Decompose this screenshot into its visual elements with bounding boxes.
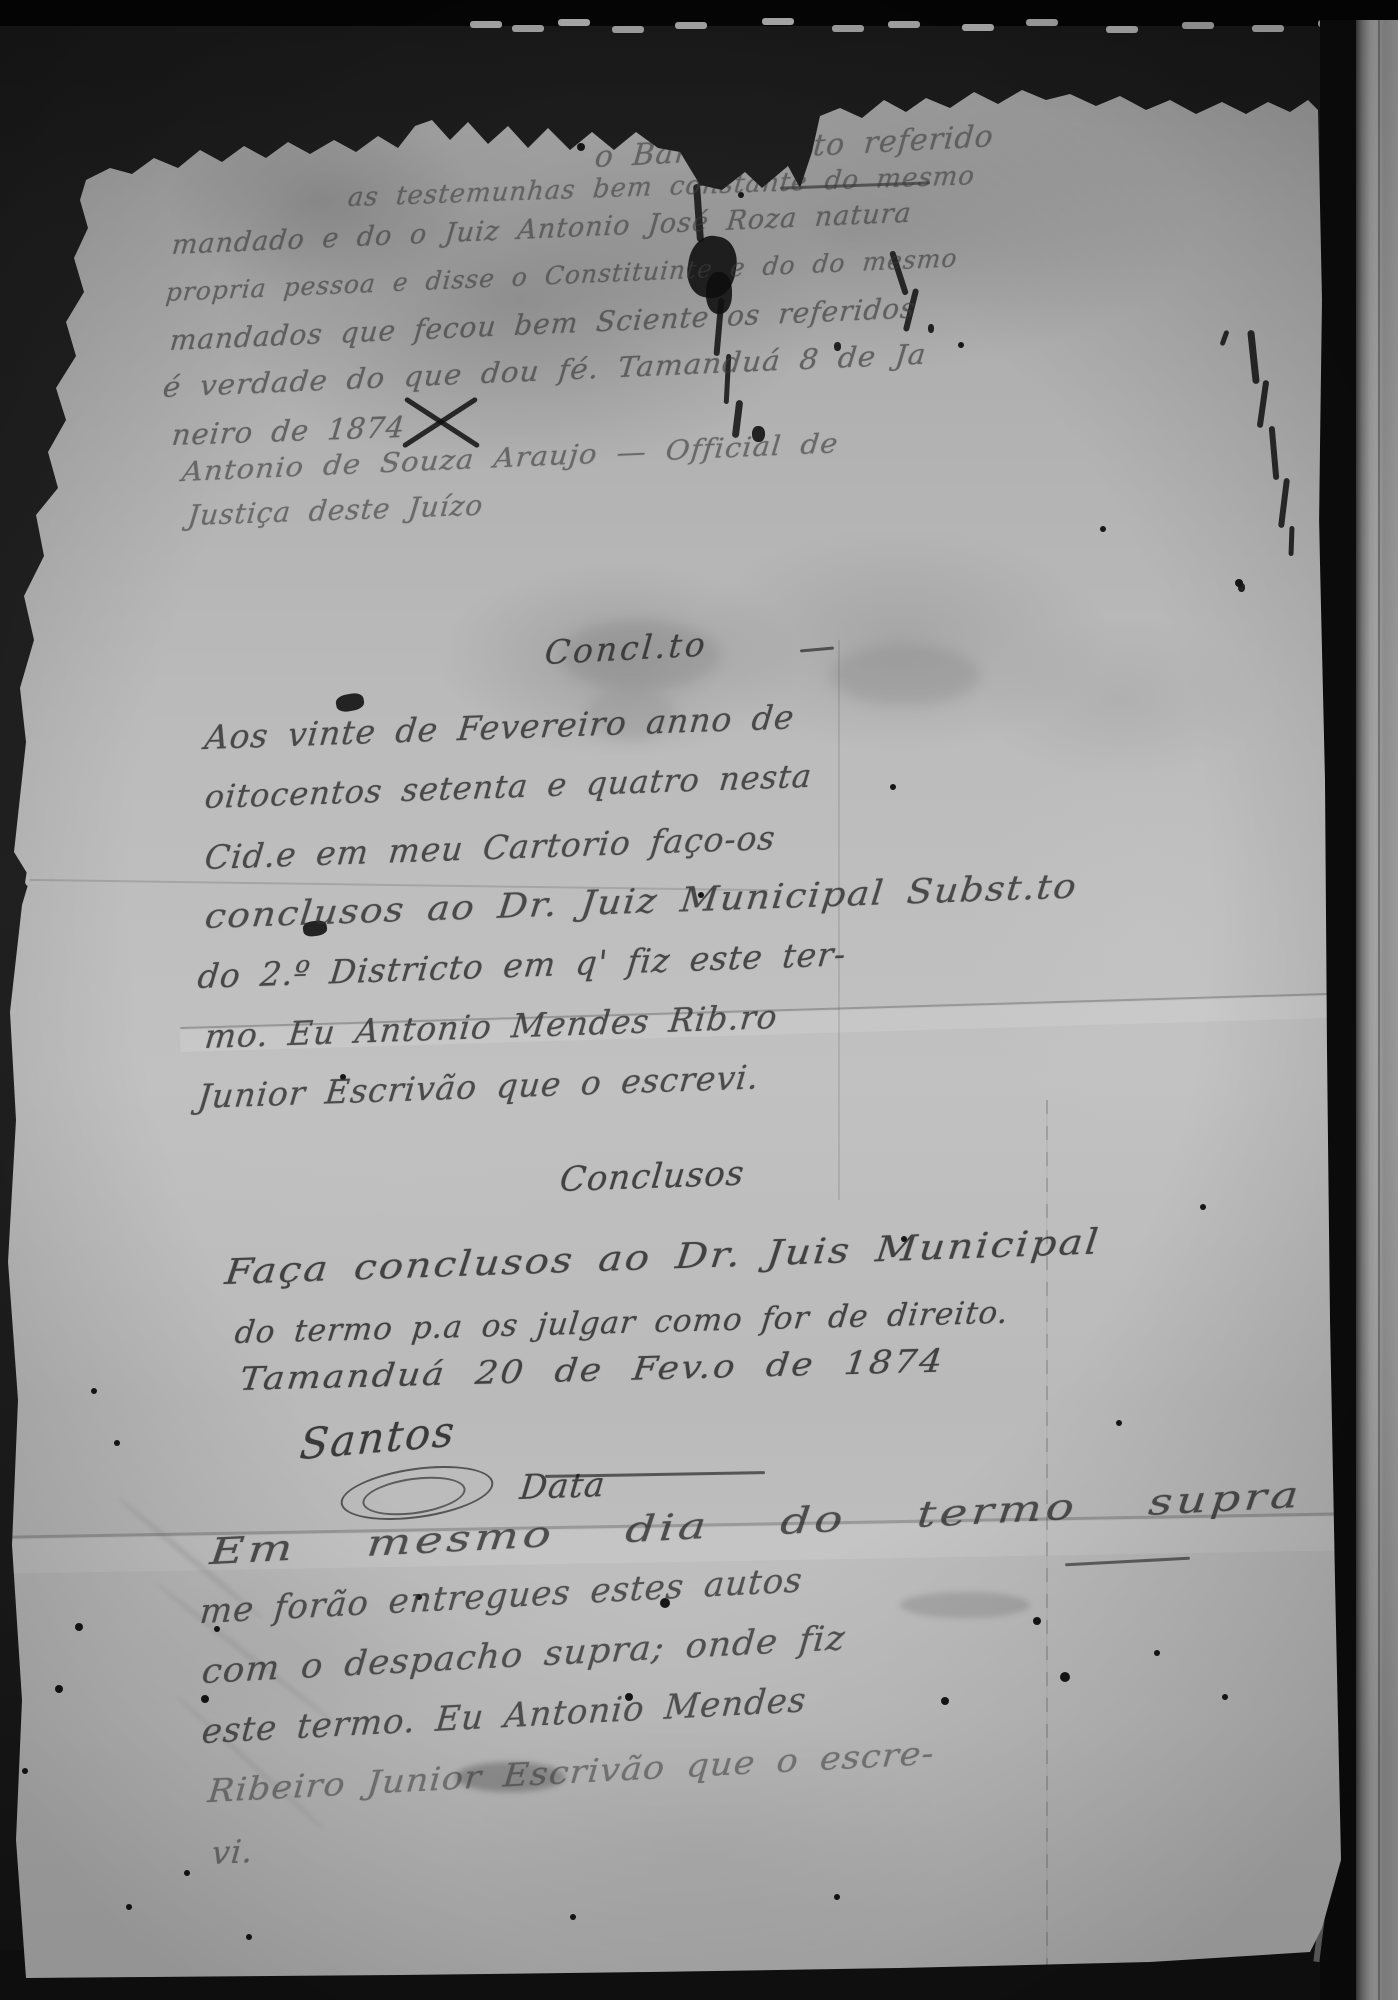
manuscript-line: neiro de 1874 bbox=[170, 410, 407, 452]
ink-blot bbox=[928, 324, 934, 333]
paper-fragments bbox=[470, 21, 502, 28]
ink-blot bbox=[335, 692, 366, 714]
manuscript-line: Justiça deste Juízo bbox=[186, 489, 485, 532]
ink-drip bbox=[1288, 526, 1294, 556]
manuscript-line: Cid.e em meu Cartorio faço-os bbox=[203, 818, 778, 877]
ink-blot bbox=[1238, 583, 1245, 592]
ink-drip bbox=[1247, 330, 1260, 384]
manuscript-line: mo. Eu Antonio Mendes Rib.ro bbox=[203, 997, 780, 1056]
manuscript-line: Tamanduá 20 de Fev.o de 1874 bbox=[238, 1341, 947, 1398]
ink-drip bbox=[1219, 330, 1229, 347]
stain-smudge bbox=[900, 1592, 1030, 1618]
manuscript-scan: o Barro presto referido as testemunhas b… bbox=[0, 0, 1398, 2000]
adjacent-page-crease-line bbox=[1378, 20, 1380, 2000]
ink-drip bbox=[698, 128, 707, 186]
fold-crease-vertical bbox=[838, 640, 840, 1200]
manuscript-line: me forão entregues estes autos bbox=[198, 1560, 804, 1632]
section-heading-conclusos: Conclusos bbox=[558, 1153, 747, 1200]
black-border-top bbox=[0, 0, 1398, 26]
stain-smudge bbox=[830, 645, 980, 705]
manuscript-page: o Barro presto referido as testemunhas b… bbox=[0, 0, 1398, 2000]
manuscript-line: Faça conclusos ao Dr. Juis Municipal bbox=[223, 1222, 1102, 1293]
manuscript-line: Junior Escrivão que o escrevi. bbox=[196, 1057, 761, 1116]
pen-stroke bbox=[800, 647, 834, 653]
ink-drip bbox=[1257, 380, 1270, 428]
manuscript-line: com o despacho supra; onde fiz bbox=[200, 1618, 847, 1692]
manuscript-line: conclusos ao Dr. Juiz Municipal Subst.to bbox=[203, 866, 1080, 937]
adjacent-page-edge bbox=[1356, 20, 1398, 2000]
manuscript-line: oitocentos setenta e quatro nesta bbox=[203, 757, 814, 816]
signature-santos: Santos bbox=[298, 1406, 458, 1469]
pen-stroke bbox=[1065, 1557, 1190, 1567]
section-heading-data: Data bbox=[518, 1465, 608, 1508]
manuscript-line: Aos vinte de Fevereiro anno de bbox=[203, 697, 797, 757]
ink-drip bbox=[1269, 426, 1280, 480]
manuscript-line: vi. bbox=[210, 1832, 255, 1872]
manuscript-line: do 2.º Districto em q' fiz este ter- bbox=[196, 934, 848, 996]
ink-drip bbox=[1278, 478, 1290, 528]
